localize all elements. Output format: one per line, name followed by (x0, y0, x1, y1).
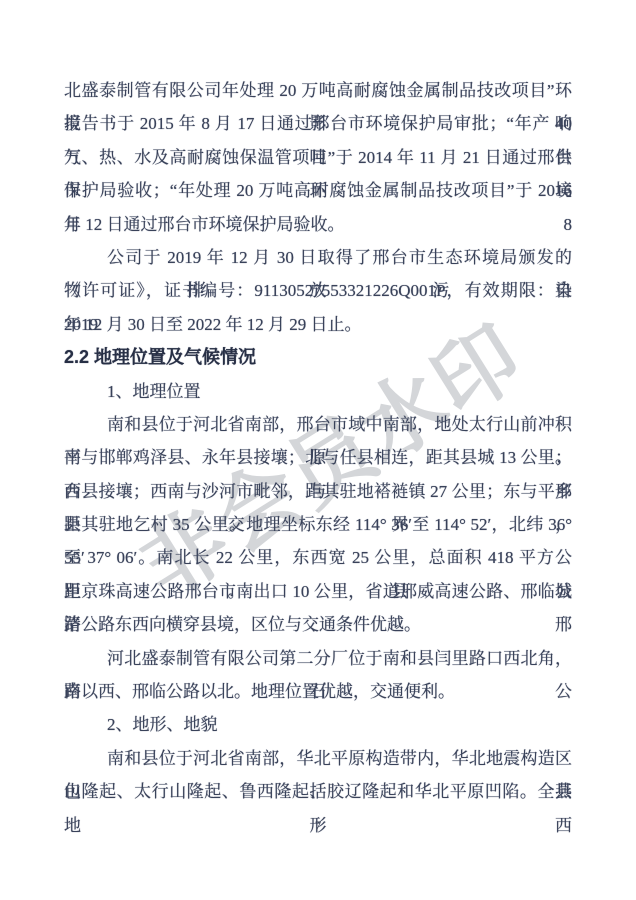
para-line: 南和县位于河北省南部，华北平原构造带内，华北地震构造区包括燕 (64, 742, 572, 775)
para-line: 报告书于 2015 年 8 月 17 日通过邢台市环境保护局审批；“年产 40 … (64, 107, 572, 140)
list-item-2-terrain: 2、地形、地貌 (64, 708, 572, 741)
para-line: 物许可证》，证书编号：91130527553321226Q001P，有效期限：自… (64, 274, 572, 307)
para-line: 山隆起、太行山隆起、鲁西隆起、胶辽隆起和华北平原凹陷。全县地形西 (64, 775, 572, 808)
para-line: 保护局验收；“年处理 20 万吨高耐腐蚀金属制品技改项目”于 2016 年 8 (64, 174, 572, 207)
para-line: 至 37° 06′。南北长 22 公里，东西宽 25 公里，总面积 418 平方… (64, 541, 572, 574)
para-line: 南与邯郸鸡泽县、永年县接壤；北与任县相连，距其县城 13 公里；西与邢 (64, 441, 572, 474)
para-line: 距京珠高速公路邢台市南出口 10 公里，省道邢威高速公路、邢临公路、邢 (64, 575, 572, 608)
para-line: 河北盛泰制管有限公司第二分厂位于南和县闫里路口西北角，南石公 (64, 642, 572, 675)
para-line: 气、热、水及高耐腐蚀保温管项目”于 2014 年 11 月 21 日通过邢台市环… (64, 141, 572, 174)
para-line: 年 12 月 30 日至 2022 年 12 月 29 日止。 (64, 308, 572, 341)
page-body: 北盛泰制管有限公司年处理 20 万吨高耐腐蚀金属制品技改项目”环境影响 报告书于… (64, 74, 572, 809)
page-number: 7 (0, 818, 636, 834)
para-line: 公司于 2019 年 12 月 30 日取得了邢台市生态环境局颁发的《排放污染 (64, 241, 572, 274)
list-item-1-geography: 1、地理位置 (64, 375, 572, 408)
para-line: 距其驻地乞村 35 公里。地理坐标东经 114° 36′至 114° 52′，北… (64, 508, 572, 541)
document-page: 非会员水印 北盛泰制管有限公司年处理 20 万吨高耐腐蚀金属制品技改项目”环境影… (0, 0, 636, 900)
section-heading-2-2: 2.2 地理位置及气候情况 (64, 341, 572, 374)
para-line: 北盛泰制管有限公司年处理 20 万吨高耐腐蚀金属制品技改项目”环境影响 (64, 74, 572, 107)
para-line: 南和县位于河北省南部，邢台市域中南部，地处太行山前冲积平原。 (64, 408, 572, 441)
para-line: 台县接壤；西南与沙河市毗邻，距其驻地褡裢镇 27 公里；东与平乡县交界， (64, 475, 572, 508)
